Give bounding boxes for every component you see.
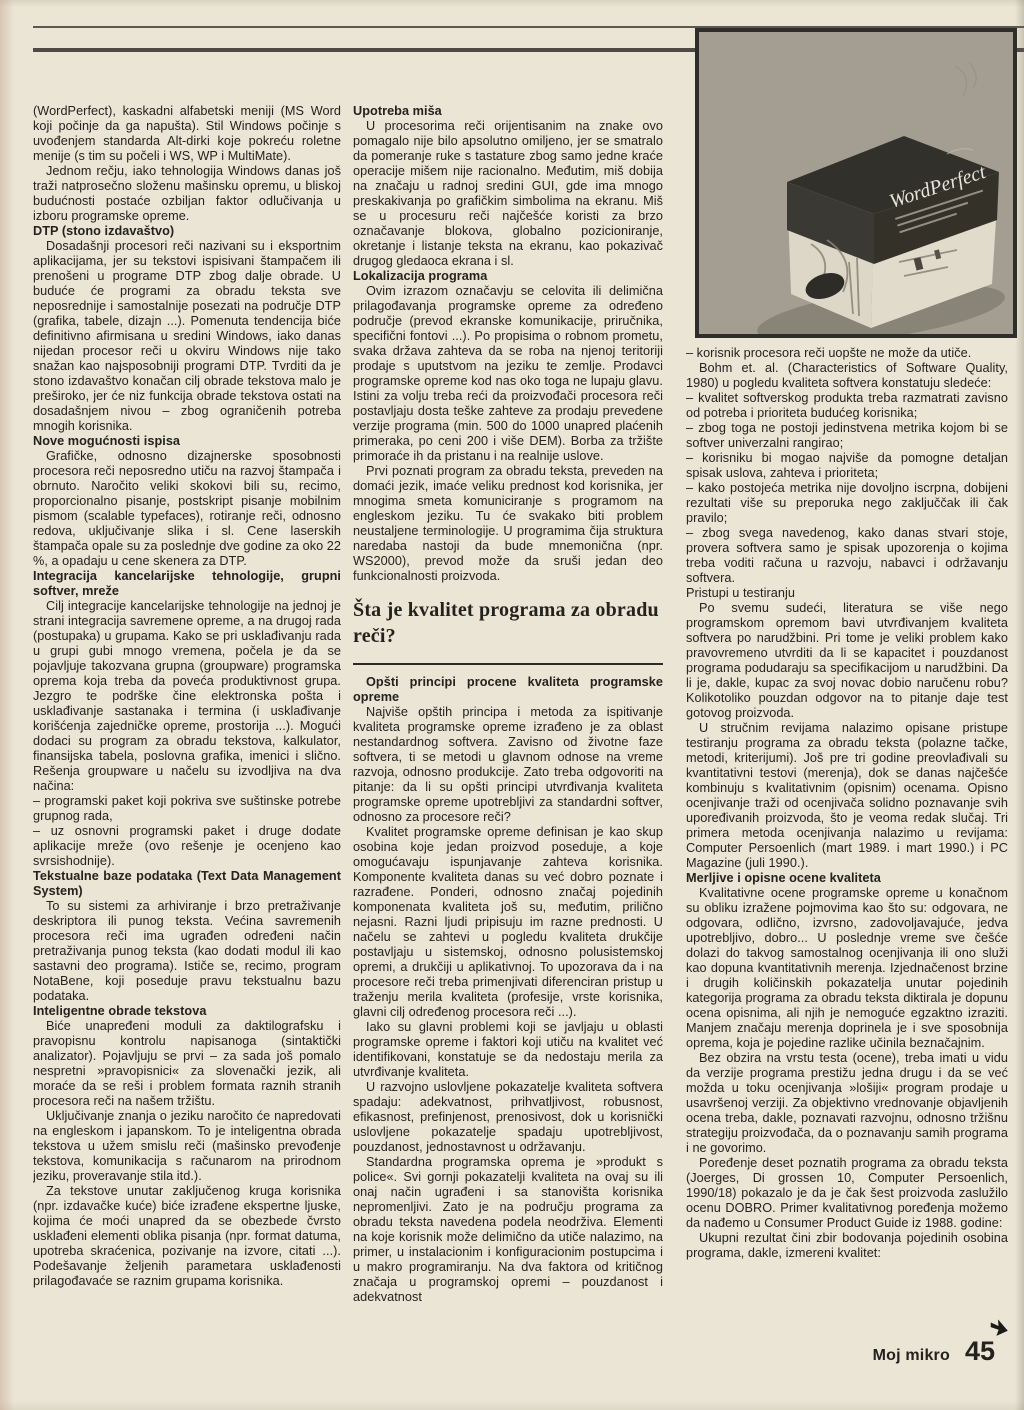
bullet-paragraph: – zbog svega navedenog, kako danas stvar… [686,526,1008,586]
section-heading: Nove mogućnosti ispisa [33,434,341,449]
section-heading: Inteligentne obrade tekstova [33,1004,341,1019]
paragraph: Ukupni rezultat čini zbir bodovanja poje… [686,1231,1008,1261]
section-heading: DTP (stono izdavaštvo) [33,224,341,239]
paragraph: (WordPerfect), kaskadni alfabetski menij… [33,104,341,164]
paragraph: To su sistemi za arhiviranje i brzo pret… [33,899,341,1004]
paragraph: Standardna programska oprema je »produkt… [353,1155,663,1305]
paragraph: Uključivanje znanja o jeziku naročito će… [33,1109,341,1184]
paragraph: Bohm et. al. (Characteristics of Softwar… [686,361,1008,391]
bullet-paragraph: – korisnik procesora reči uopšte ne može… [686,346,1008,361]
paragraph: Kvalitet programske opreme definisan je … [353,825,663,1020]
paragraph: Prvi poznati program za obradu teksta, p… [353,464,663,584]
paragraph: Kvalitativne ocene programske opreme u k… [686,886,1008,1051]
paragraph: U razvojno uslovljene pokazatelje kvalit… [353,1080,663,1155]
paragraph: Poređenje deset poznatih programa za obr… [686,1156,1008,1231]
section-heading: Opšti principi procene kvaliteta program… [353,675,663,705]
paragraph: Iako su glavni problemi koji se javljaju… [353,1020,663,1080]
wordperfect-box-illustration: WordPerfect [699,32,1013,334]
section-heading: Merljive i opisne ocene kvaliteta [686,871,1008,886]
bullet-paragraph: – uz osnovni programski paket i druge do… [33,824,341,869]
bullet-paragraph: – korisniku bi mogao najviše da pomogne … [686,451,1008,481]
section-heading: Tekstualne baze podataka (Text Data Mana… [33,869,341,899]
paragraph: U procesorima reči orijentisanim na znak… [353,119,663,269]
paragraph: Dosadašnji procesori reči nazivani su i … [33,239,341,434]
paragraph: Po svemu sudeći, literatura se više nego… [686,601,1008,721]
page-footer: Moj mikro 45 [873,1336,995,1367]
bullet-paragraph: – kako postojeća metrika nije dovoljno i… [686,481,1008,526]
paragraph: Jednom rečju, iako tehnologija Windows d… [33,164,341,224]
text-column-left: (WordPerfect), kaskadni alfabetski menij… [33,104,341,1392]
paragraph: Cilj integracije kancelarijske tehnologi… [33,599,341,794]
wordperfect-box-photo: WordPerfect [695,28,1017,338]
paragraph: Za tekstove unutar zaključenog kruga kor… [33,1184,341,1289]
section-heading: Integracija kancelarijske tehnologije, g… [33,569,341,599]
section-heading: Upotreba miša [353,104,663,119]
magazine-page-scan: WordPerfect (WordPerfect), kaskadni [0,0,1024,1410]
paragraph: U stručnim revijama nalazimo opisane pri… [686,721,1008,871]
paragraph: Ovim izrazom označavju se celovita ili d… [353,284,663,464]
bullet-paragraph: – kvalitet softverskog produkta treba ra… [686,391,1008,421]
paragraph: Grafičke, odnosno dizajnerske sposobnost… [33,449,341,569]
page-number: 45 [965,1336,995,1367]
paragraph: Bez obzira na vrstu testa (ocene), treba… [686,1051,1008,1156]
magazine-title: Moj mikro [873,1347,950,1365]
section-heading: Lokalizacija programa [353,269,663,284]
paragraph: Najviše opštih principa i metoda za ispi… [353,705,663,825]
text-column-right: – korisnik procesora reči uopšte ne može… [686,346,1008,1401]
bullet-paragraph: – programski paket koji pokriva sve sušt… [33,794,341,824]
paragraph: Biće unapređeni moduli za daktilografsku… [33,1019,341,1109]
section-heading: Pristupi u testiranju [686,586,1008,601]
bullet-paragraph: – zbog toga ne postoji jedinstvena metri… [686,421,1008,451]
article-headline: Šta je kvalitet programa za obradu reči? [353,597,663,665]
text-column-middle: Upotreba mišaU procesorima reči orijenti… [353,104,663,1392]
